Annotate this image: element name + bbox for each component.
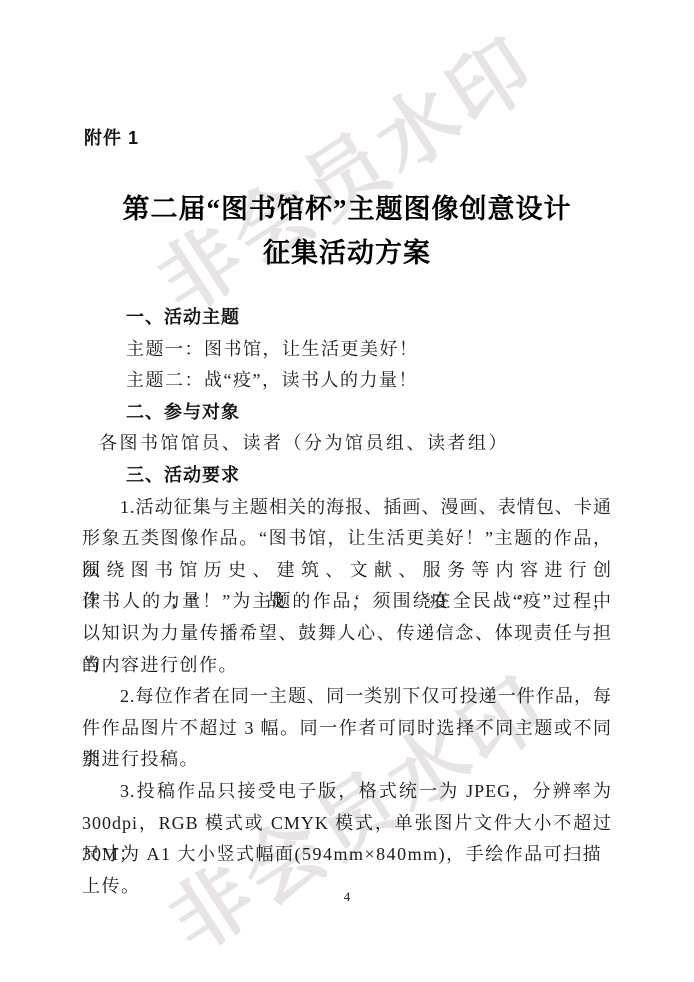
body-text-line: 主题二：战“疫”，读书人的力量！: [82, 365, 612, 397]
body-text-line: 别进行投稿。: [82, 744, 612, 776]
body-text-line: 主题一：图书馆，让生活更美好！: [82, 334, 612, 366]
body-text-line: 3.投稿作品只接受电子版，格式统一为 JPEG，分辨率为: [82, 776, 612, 808]
title-line-2: 征集活动方案: [0, 231, 694, 275]
page-number: 4: [0, 889, 694, 905]
watermark-text-top: 非会员水印: [132, 4, 555, 335]
attachment-label: 附件 1: [84, 124, 139, 150]
body-text-line: 各图书馆馆员、读者（分为馆员组、读者组）: [82, 428, 612, 460]
document-title: 第二届“图书馆杯”主题图像创意设计 征集活动方案: [0, 187, 694, 275]
document-body: 一、活动主题主题一：图书馆，让生活更美好！主题二：战“疫”，读书人的力量！二、参…: [82, 302, 612, 871]
body-text-line: 以知识为力量传播希望、鼓舞人心、传递信念、体现责任与担当: [82, 618, 612, 650]
title-line-1: 第二届“图书馆杯”主题图像创意设计: [0, 187, 694, 231]
body-text-line: 读书人的力量！”为主题的作品，须围绕在全民战“疫”过程中: [82, 586, 612, 618]
body-text-line: 尺寸为 A1 大小竖式幅面(594mm×840mm)，手绘作品可扫描上传。: [82, 839, 612, 871]
body-text-line: 件作品图片不超过 3 幅。同一作者可同时选择不同主题或不同类: [82, 713, 612, 745]
body-text-line: 围绕图书馆历史、建筑、文献、服务等内容进行创作；“战‘疫’，: [82, 555, 612, 587]
section-heading: 一、活动主题: [82, 302, 612, 334]
body-text-line: 1.活动征集与主题相关的海报、插画、漫画、表情包、卡通: [82, 492, 612, 524]
section-heading: 二、参与对象: [82, 397, 612, 429]
document-page: 非会员水印 非会员水印 附件 1 第二届“图书馆杯”主题图像创意设计 征集活动方…: [0, 0, 694, 982]
body-text-line: 2.每位作者在同一主题、同一类别下仅可投递一件作品，每: [82, 681, 612, 713]
body-text-line: 的内容进行创作。: [82, 650, 612, 682]
body-text-line: 300dpi，RGB 模式或 CMYK 模式，单张图片文件大小不超过 30M；: [82, 808, 612, 840]
section-heading: 三、活动要求: [82, 460, 612, 492]
body-text-line: 形象五类图像作品。“图书馆，让生活更美好！”主题的作品，须: [82, 523, 612, 555]
